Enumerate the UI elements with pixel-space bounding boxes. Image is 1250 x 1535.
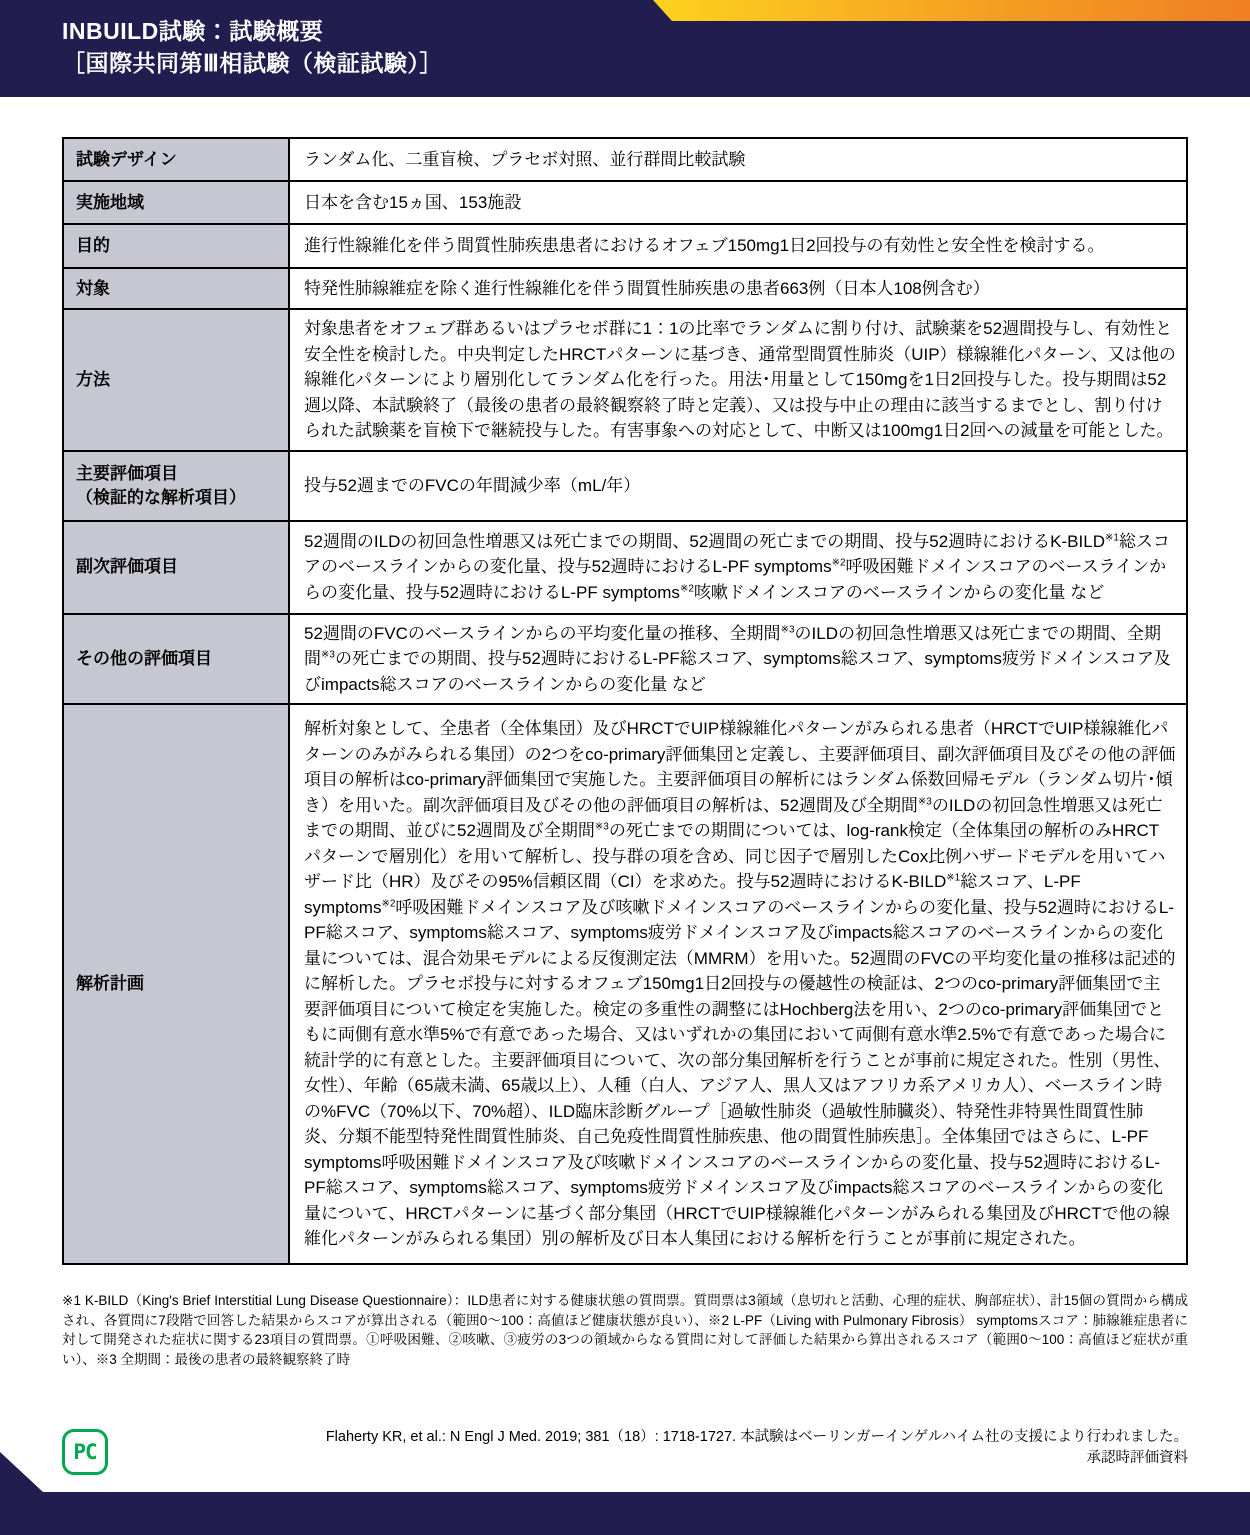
table-row: 目的進行性線維化を伴う間質性肺疾患患者におけるオフェブ150mg1日2回投与の有… xyxy=(64,225,1186,269)
citation: Flaherty KR, et al.: N Engl J Med. 2019;… xyxy=(62,1427,1188,1469)
footer-corner-shape xyxy=(0,1452,43,1492)
row-content: ランダム化、二重盲検、プラセボ対照、並行群間比較試験 xyxy=(290,139,1186,180)
row-label: 試験デザイン xyxy=(64,139,290,180)
row-content: 52週間のILDの初回急性増悪又は死亡までの期間、52週間の死亡までの期間、投与… xyxy=(290,522,1186,613)
pc-logo: PC xyxy=(62,1429,108,1475)
row-content: 特発性肺線維症を除く進行性線維化を伴う間質性肺疾患の患者663例（日本人108例… xyxy=(290,269,1186,308)
footnotes: ※1 K-BILD（King's Brief Interstitial Lung… xyxy=(62,1291,1188,1369)
bottom-row: PC Flaherty KR, et al.: N Engl J Med. 20… xyxy=(62,1427,1188,1477)
row-label: 解析計画 xyxy=(64,705,290,1263)
row-label: 実施地域 xyxy=(64,182,290,223)
approval-note: 承認時評価資料 xyxy=(62,1448,1188,1469)
citation-reference: Flaherty KR, et al.: N Engl J Med. 2019;… xyxy=(62,1427,1188,1448)
table-row: 副次評価項目52週間のILDの初回急性増悪又は死亡までの期間、52週間の死亡まで… xyxy=(64,522,1186,615)
footer-bar xyxy=(0,1492,1250,1535)
row-label: 副次評価項目 xyxy=(64,522,290,613)
row-content: 日本を含む15ヵ国、153施設 xyxy=(290,182,1186,223)
page: INBUILD試験：試験概要 ［国際共同第Ⅲ相試験（検証試験）］ 試験デザインラ… xyxy=(0,0,1250,1535)
accent-gradient-band xyxy=(653,0,1250,21)
table-row: 試験デザインランダム化、二重盲検、プラセボ対照、並行群間比較試験 xyxy=(64,139,1186,182)
row-label: その他の評価項目 xyxy=(64,615,290,704)
row-content: 52週間のFVCのベースラインからの平均変化量の推移、全期間※3のILDの初回急… xyxy=(290,615,1186,704)
table-row: 対象特発性肺線維症を除く進行性線維化を伴う間質性肺疾患の患者663例（日本人10… xyxy=(64,269,1186,310)
header: INBUILD試験：試験概要 ［国際共同第Ⅲ相試験（検証試験）］ xyxy=(0,0,1250,97)
row-content: 進行性線維化を伴う間質性肺疾患患者におけるオフェブ150mg1日2回投与の有効性… xyxy=(290,225,1186,267)
row-label: 主要評価項目 （検証的な解析項目） xyxy=(64,452,290,520)
table-row: 解析計画解析対象として、全患者（全体集団）及びHRCTでUIP様線維化パターンが… xyxy=(64,705,1186,1263)
table-row: その他の評価項目52週間のFVCのベースラインからの平均変化量の推移、全期間※3… xyxy=(64,615,1186,706)
page-title: INBUILD試験：試験概要 ［国際共同第Ⅲ相試験（検証試験）］ xyxy=(62,15,443,79)
table-row: 実施地域日本を含む15ヵ国、153施設 xyxy=(64,182,1186,225)
row-content: 対象患者をオフェブ群あるいはプラセボ群に1：1の比率でランダムに割り付け、試験薬… xyxy=(290,310,1186,450)
page-title-line-1: INBUILD試験：試験概要 xyxy=(62,15,443,47)
page-title-line-2: ［国際共同第Ⅲ相試験（検証試験）］ xyxy=(62,47,443,79)
row-label: 方法 xyxy=(64,310,290,450)
row-content: 投与52週までのFVCの年間減少率（mL/年） xyxy=(290,452,1186,520)
row-label: 目的 xyxy=(64,225,290,267)
table-row: 主要評価項目 （検証的な解析項目）投与52週までのFVCの年間減少率（mL/年） xyxy=(64,452,1186,522)
table-row: 方法対象患者をオフェブ群あるいはプラセボ群に1：1の比率でランダムに割り付け、試… xyxy=(64,310,1186,452)
row-label: 対象 xyxy=(64,269,290,308)
study-overview-table: 試験デザインランダム化、二重盲検、プラセボ対照、並行群間比較試験実施地域日本を含… xyxy=(62,137,1188,1265)
row-content: 解析対象として、全患者（全体集団）及びHRCTでUIP様線維化パターンがみられる… xyxy=(290,705,1186,1263)
